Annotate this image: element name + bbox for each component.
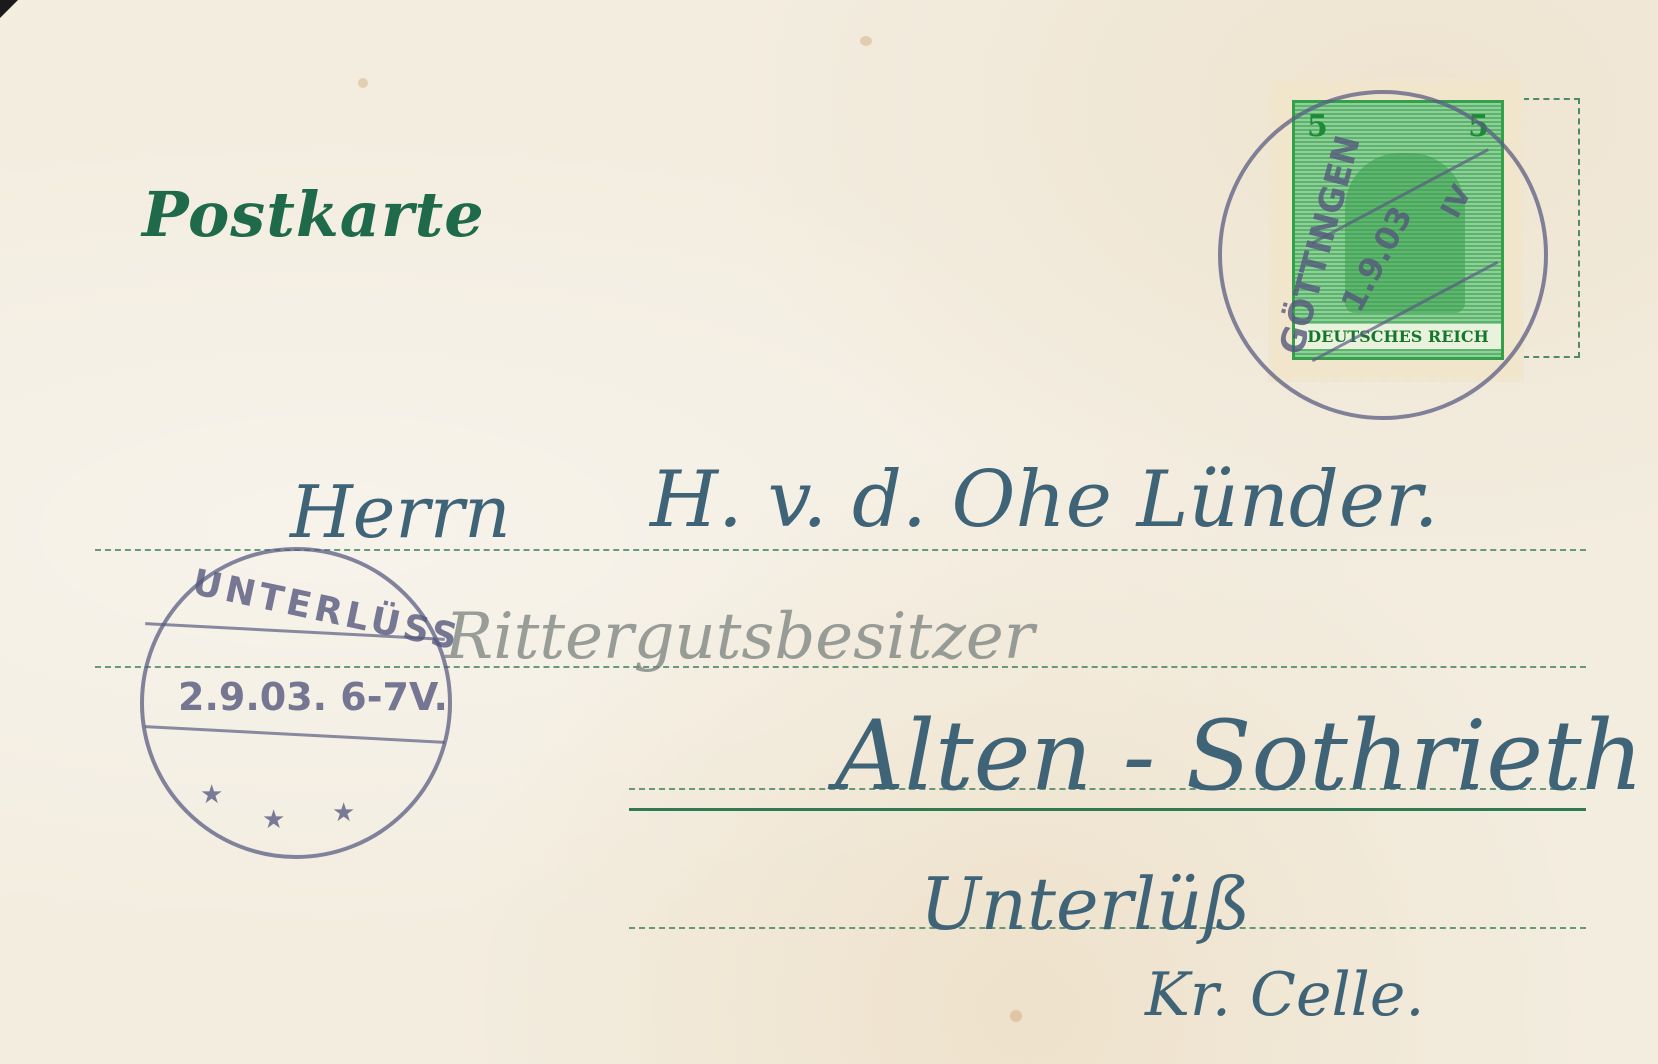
- torn-corner: [0, 0, 18, 18]
- foxing-spot: [358, 78, 368, 88]
- address-place: Alten - Sothrieth: [835, 700, 1644, 812]
- postmark-date: 2.9.03. 6-7V.: [178, 675, 448, 719]
- address-salutation: Herrn: [290, 470, 511, 554]
- foxing-spot: [860, 36, 872, 46]
- address-district: Kr. Celle.: [1145, 960, 1424, 1030]
- star-icon: ★: [200, 780, 223, 810]
- address-name: H. v. d. Ohe Lünder.: [650, 455, 1439, 545]
- star-icon: ★: [332, 798, 355, 828]
- address-occupation: Rittergutsbesitzer: [445, 600, 1034, 674]
- address-post-town: Unterlüß: [920, 862, 1251, 946]
- foxing-spot: [1010, 1010, 1022, 1022]
- star-icon: ★: [262, 805, 285, 835]
- postcard-title: Postkarte: [142, 178, 485, 251]
- postcard-back: Postkarte 5 5 DEUTSCHES REICH GÖTTINGEN …: [0, 0, 1658, 1064]
